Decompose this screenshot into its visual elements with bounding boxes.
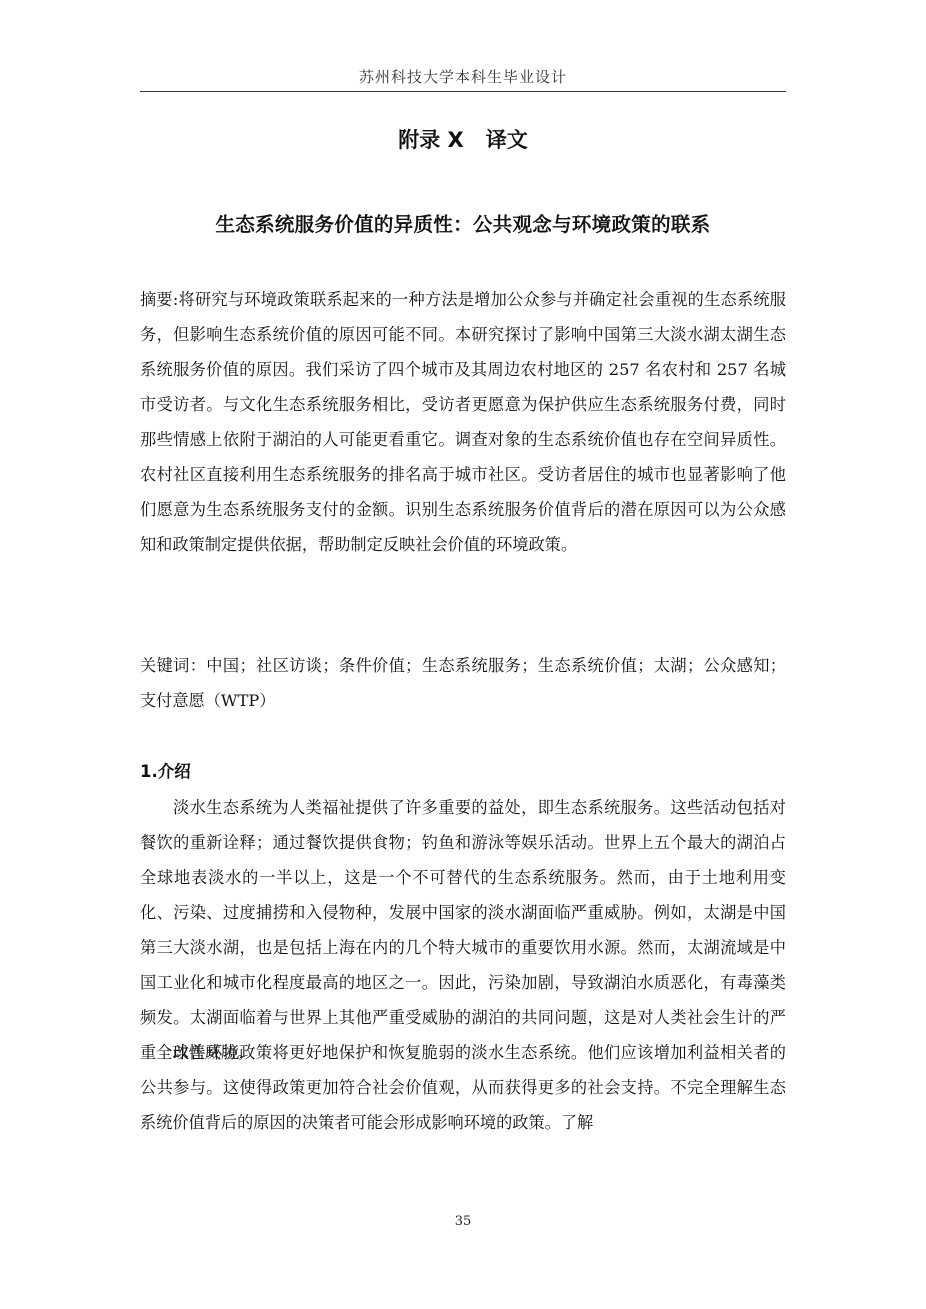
section-heading: 1.介绍 [140, 758, 191, 782]
intro-paragraph-1: 淡水生态系统为人类福祉提供了许多重要的益处，即生态系统服务。这些活动包括对餐饮的… [140, 790, 786, 1070]
keywords-text: 中国；社区访谈；条件价值；生态系统服务；生态系统价值；太湖；公众感知；支付意愿（… [140, 656, 786, 710]
document-page: 苏州科技大学本科生毕业设计 附录 X译文 生态系统服务价值的异质性：公共观念与环… [0, 0, 926, 1309]
appendix-label: 附录 X [398, 128, 464, 152]
page-number: 35 [140, 1214, 786, 1229]
header-divider [140, 91, 786, 92]
abstract-text: 将研究与环境政策联系起来的一种方法是增加公众参与并确定社会重视的生态系统服务，但… [140, 290, 786, 554]
keywords-label: 关键词： [140, 656, 206, 675]
keywords: 关键词：中国；社区访谈；条件价值；生态系统服务；生态系统价值；太湖；公众感知；支… [140, 648, 786, 718]
running-header: 苏州科技大学本科生毕业设计 [140, 66, 786, 87]
intro-paragraph-2: 改善环境政策将更好地保护和恢复脆弱的淡水生态系统。他们应该增加利益相关者的公共参… [140, 1035, 786, 1140]
appendix-title: 附录 X译文 [140, 124, 786, 154]
abstract-label: 摘要: [140, 290, 178, 309]
abstract: 摘要:将研究与环境政策联系起来的一种方法是增加公众参与并确定社会重视的生态系统服… [140, 282, 786, 562]
paper-title: 生态系统服务价值的异质性：公共观念与环境政策的联系 [140, 209, 786, 237]
appendix-subtitle: 译文 [486, 128, 528, 152]
